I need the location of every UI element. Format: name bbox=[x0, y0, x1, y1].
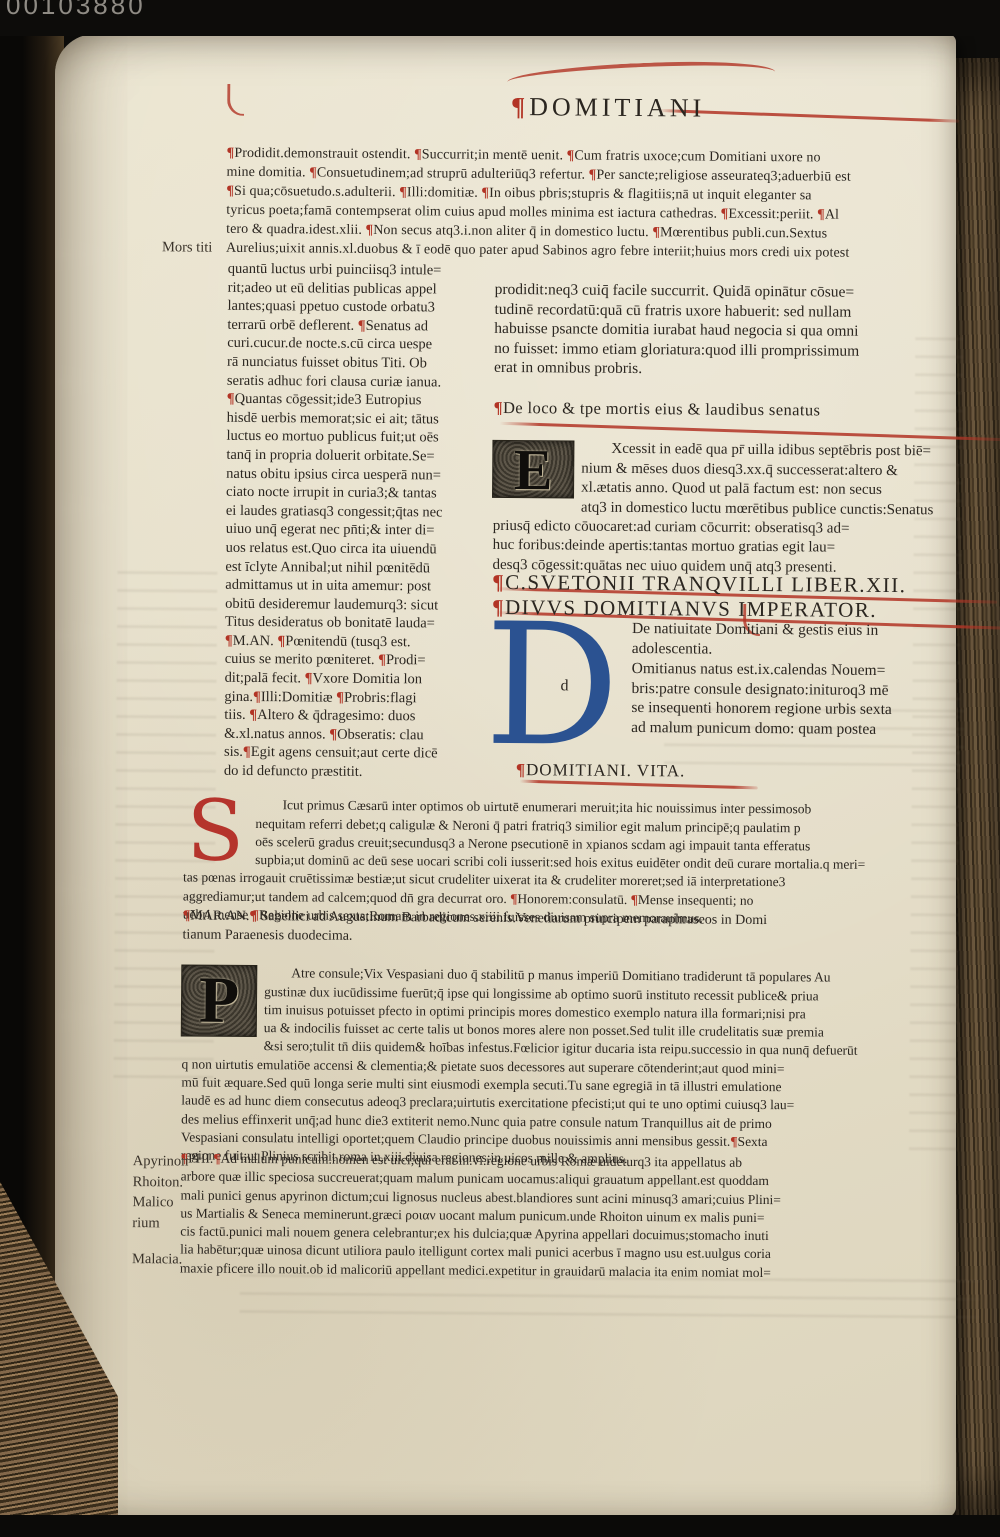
initial-d-glyph: D bbox=[484, 587, 620, 784]
commentary-top-block: ¶Prodidit.demonstrauit ostendit. ¶Succur… bbox=[226, 144, 975, 264]
woodcut-initial-p: P bbox=[182, 966, 257, 1037]
domitianus-paragraph: Omitianus natus est.ix.calendas Nouem= b… bbox=[631, 659, 977, 740]
margin-note-apyrinon: Apyrinon Rhoiton. Malico rium bbox=[132, 1151, 188, 1233]
shelf-number-label: 00103880 bbox=[6, 0, 146, 21]
woodcut-initial-e: E bbox=[493, 441, 573, 498]
sicut-text: Icut primus Cæsarū inter optimos ob uirt… bbox=[183, 798, 866, 926]
page-content: ¶DOMITIANI ¶Prodidit.demonstrauit ostend… bbox=[48, 30, 961, 1520]
left-column-text: quantū luctus urbi puinciisq3 intule= ri… bbox=[224, 260, 492, 783]
heading-domitiani-vita: ¶DOMITIANI. VITA. bbox=[516, 760, 686, 781]
right-column-text: prodidit:neq3 cuiq̄ facile succurrit. Qu… bbox=[494, 280, 969, 381]
margin-note-mors-titi: Mors titi bbox=[162, 237, 213, 258]
mar-an-paragraph: ¶MAR.AN.¶ Sabellici ad Augustinum Barbad… bbox=[182, 907, 960, 950]
book-scan: ¶DOMITIANI ¶Prodidit.demonstrauit ostend… bbox=[0, 0, 1000, 1537]
running-header-title: ¶DOMITIANI bbox=[511, 92, 705, 124]
photo-bottom-bar bbox=[0, 1515, 1000, 1537]
photo-top-bar: 00103880 bbox=[0, 0, 1000, 36]
section-heading-de-loco: ¶De loco & tpe mortis eius & laudibus se… bbox=[494, 398, 821, 421]
illuminated-initial-d: D d bbox=[474, 620, 630, 757]
guide-letter-d: d bbox=[560, 678, 568, 694]
chapter-subtitle: De natiuitate Domitiani & gestis eius in… bbox=[632, 619, 879, 661]
patre-text: Atre consule;Vix Vespasiani duo q̄ stabi… bbox=[181, 966, 858, 1167]
rubric-initial-s: S bbox=[183, 798, 247, 851]
red-curl-left bbox=[227, 84, 244, 116]
book-page: ¶DOMITIANI ¶Prodidit.demonstrauit ostend… bbox=[55, 34, 956, 1517]
red-swash-top bbox=[507, 57, 776, 97]
phi-paragraph: ¶PHI.¶Ad malum punicum.nomen est uici;qu… bbox=[180, 1149, 973, 1283]
margin-note-malacia: Malacia. bbox=[132, 1249, 182, 1270]
